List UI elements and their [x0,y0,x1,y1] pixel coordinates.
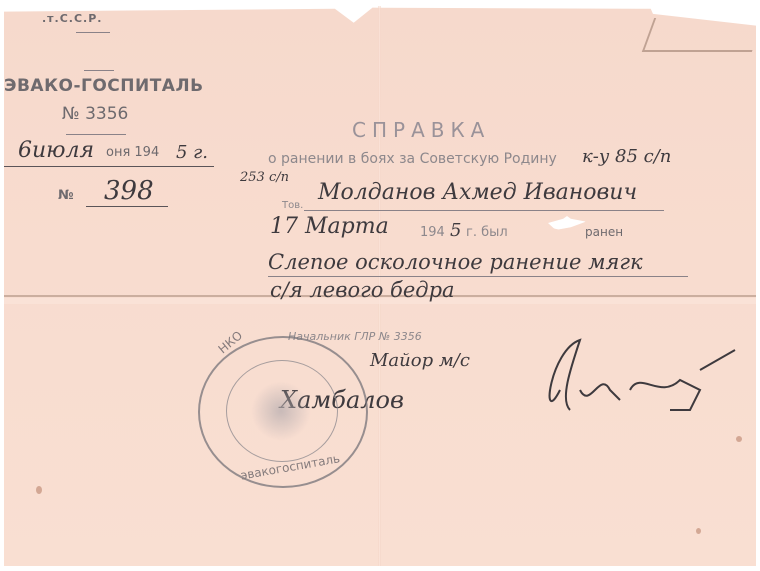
header-country: .т.С.С.Р. [42,12,102,25]
comrade-label: Тов. [282,200,303,211]
date-year: 5 г. [176,142,208,163]
diagnosis-line-2: с/я левого бедра [270,278,455,302]
torn-corner [642,18,760,52]
date-underline [4,166,214,167]
signature-scrawl [520,330,740,440]
document-title: СПРАВКА [352,118,490,142]
official-stamp: НКО эвакогоспиталь [198,336,368,488]
stamp-inner-ring [226,360,338,462]
hospital-name: ЭВАКО-ГОСПИТАЛЬ [4,76,204,96]
name-line [304,210,664,211]
stain [36,486,42,494]
stain [696,528,701,534]
number-label: № [58,188,74,203]
wound-statement: о ранении в боях за Советскую Родину [268,151,557,167]
year-handwritten: 5 [450,220,461,241]
regiment-handwritten: 253 с/п [240,170,289,185]
certificate-number: 398 [104,176,154,206]
was-wounded-label: г. был [466,225,508,240]
diagnosis-line-1: Слепое осколочное ранение мягк [268,250,643,274]
unit-handwritten: к-у 85 с/п [582,146,671,167]
divider [76,32,110,33]
date-printed: оня 194 [106,145,159,160]
divider [84,70,114,71]
divider [66,134,126,135]
signatory-rank: Майор м/с [370,350,470,371]
hospital-number: № 3356 [62,104,128,124]
number-underline [86,206,168,207]
diagnosis-line [268,276,688,277]
wound-date: 17 Марта [270,214,389,239]
comrade-name: Молданов Ахмед Иванович [318,180,637,205]
wounded-label: ранен [585,225,623,239]
year-printed: 194 [420,225,445,240]
soviet-emblem-icon [251,381,311,441]
date-day-month: 6июля [18,138,94,163]
